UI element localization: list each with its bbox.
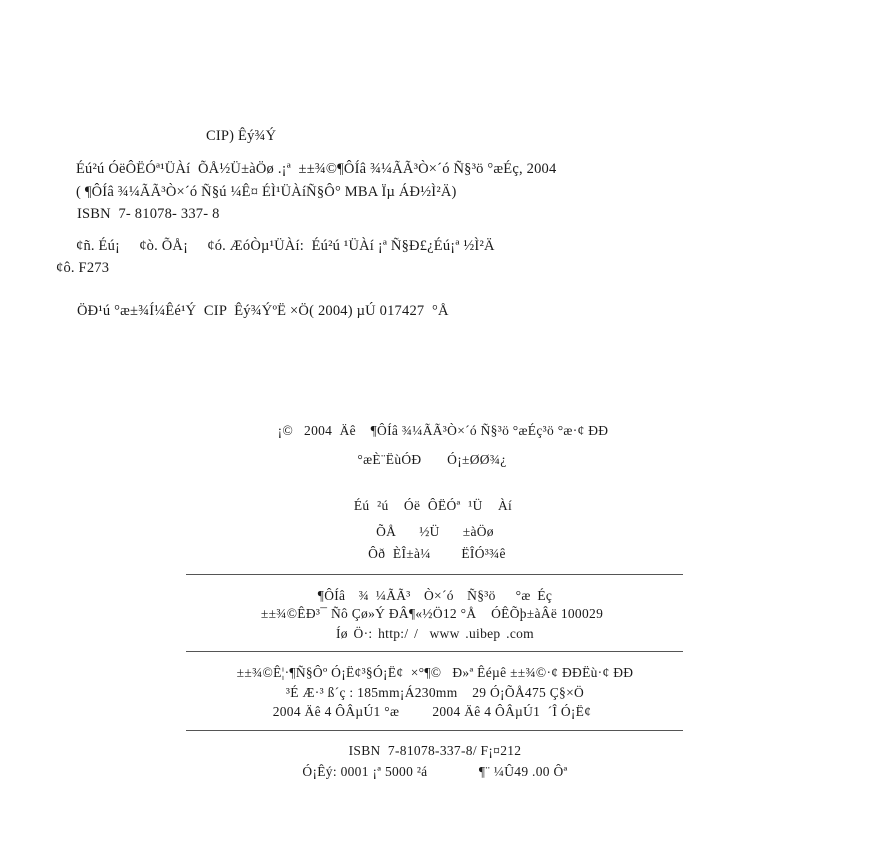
publisher-website: Íø Ö·: http:/ / www .uibep .com bbox=[0, 625, 870, 643]
publisher-name: ¶ÔÍâ ¾­ ¼ÃÃ³ Ò×´ó Ñ§³ö °æ Éç bbox=[0, 587, 870, 605]
publisher-address: ±±¾©ÊÐ³¯ Ñô Çø»Ý ÐÂ¶«½Ö12 °Å ÓÊÕþ±àÂë 10… bbox=[0, 605, 867, 623]
book-title: Éú ²ú Óë ÔËÓª ¹Ü Àí bbox=[0, 497, 868, 515]
cip-catalog-line: Éú²ú ÓëÔËÓª¹ÜÀí ÕÅ½Ü±àÖø .¡ª ±±¾©¶ÔÍâ ¾­… bbox=[76, 160, 556, 178]
cip-heading: CIP) Êý¾Ý bbox=[206, 127, 276, 145]
format-specs: ³É Æ·³ ß´ç : 185mm¡Á230mm 29 Ó¡ÕÅ475 Ç§×… bbox=[0, 684, 870, 702]
cip-isbn-line: ISBN 7- 81078- 337- 8 bbox=[77, 205, 220, 223]
edition-info: 2004 Äê 4 ÔÂµÚ1 °æ 2004 Äê 4 ÔÂµÚ1 ´Î Ó¡… bbox=[0, 703, 867, 721]
isbn: ISBN 7-81078-337-8/ F¡¤212 bbox=[0, 742, 870, 760]
cip-subject-line: ¢ñ. Éú¡­ ¢ò. ÕÅ¡­ ¢ó. ÆóÒµ¹ÜÀí: Éú²ú ¹ÜÀ… bbox=[76, 237, 495, 255]
print-run-and-price: Ó¡Êý: 0001 ¡ª 5000 ²á ¶¨ ¼Û49 .00 Ôª bbox=[0, 763, 870, 781]
cip-record-number: ÖÐ¹ú °æ±¾Í¼Êé¹Ý CIP Êý¾ÝºË ×Ö( 2004) µÚ … bbox=[77, 302, 449, 320]
divider bbox=[186, 730, 683, 731]
responsible-editor: Ôð ÈÎ±à¼­ ËÎÓ³¾ê bbox=[2, 545, 870, 563]
divider bbox=[186, 651, 683, 652]
book-author: ÕÅ ½Ü ±àÖø bbox=[0, 523, 870, 541]
cip-series-line: ( ¶ÔÍâ ¾­¼ÃÃ³Ò×´ó Ñ§ú ¼Ê¤ ÉÌ¹ÜÀíÑ§Ô° MBA… bbox=[76, 183, 457, 201]
printer-distributor: ±±¾©Ê¦·¶Ñ§Ôº Ó¡Ë¢³§Ó¡Ë¢ ×°¶© Ð»ª Êéµê ±±… bbox=[0, 664, 870, 682]
cip-classification-line: ¢ô. F273 bbox=[56, 259, 109, 277]
rights-reserved: °æÈ¨ËùÓÐ ­ Ó¡±ØØ¾¿ bbox=[0, 451, 867, 469]
copyright-page: CIP) Êý¾Ý Éú²ú ÓëÔËÓª¹ÜÀí ÕÅ½Ü±àÖø .¡ª ±… bbox=[0, 0, 870, 842]
copyright-notice: ¡© 2004 Äê ¶ÔÍâ ¾­¼ÃÃ³Ò×´ó Ñ§³ö °æÉç³ö °… bbox=[8, 422, 870, 440]
divider bbox=[186, 574, 683, 575]
